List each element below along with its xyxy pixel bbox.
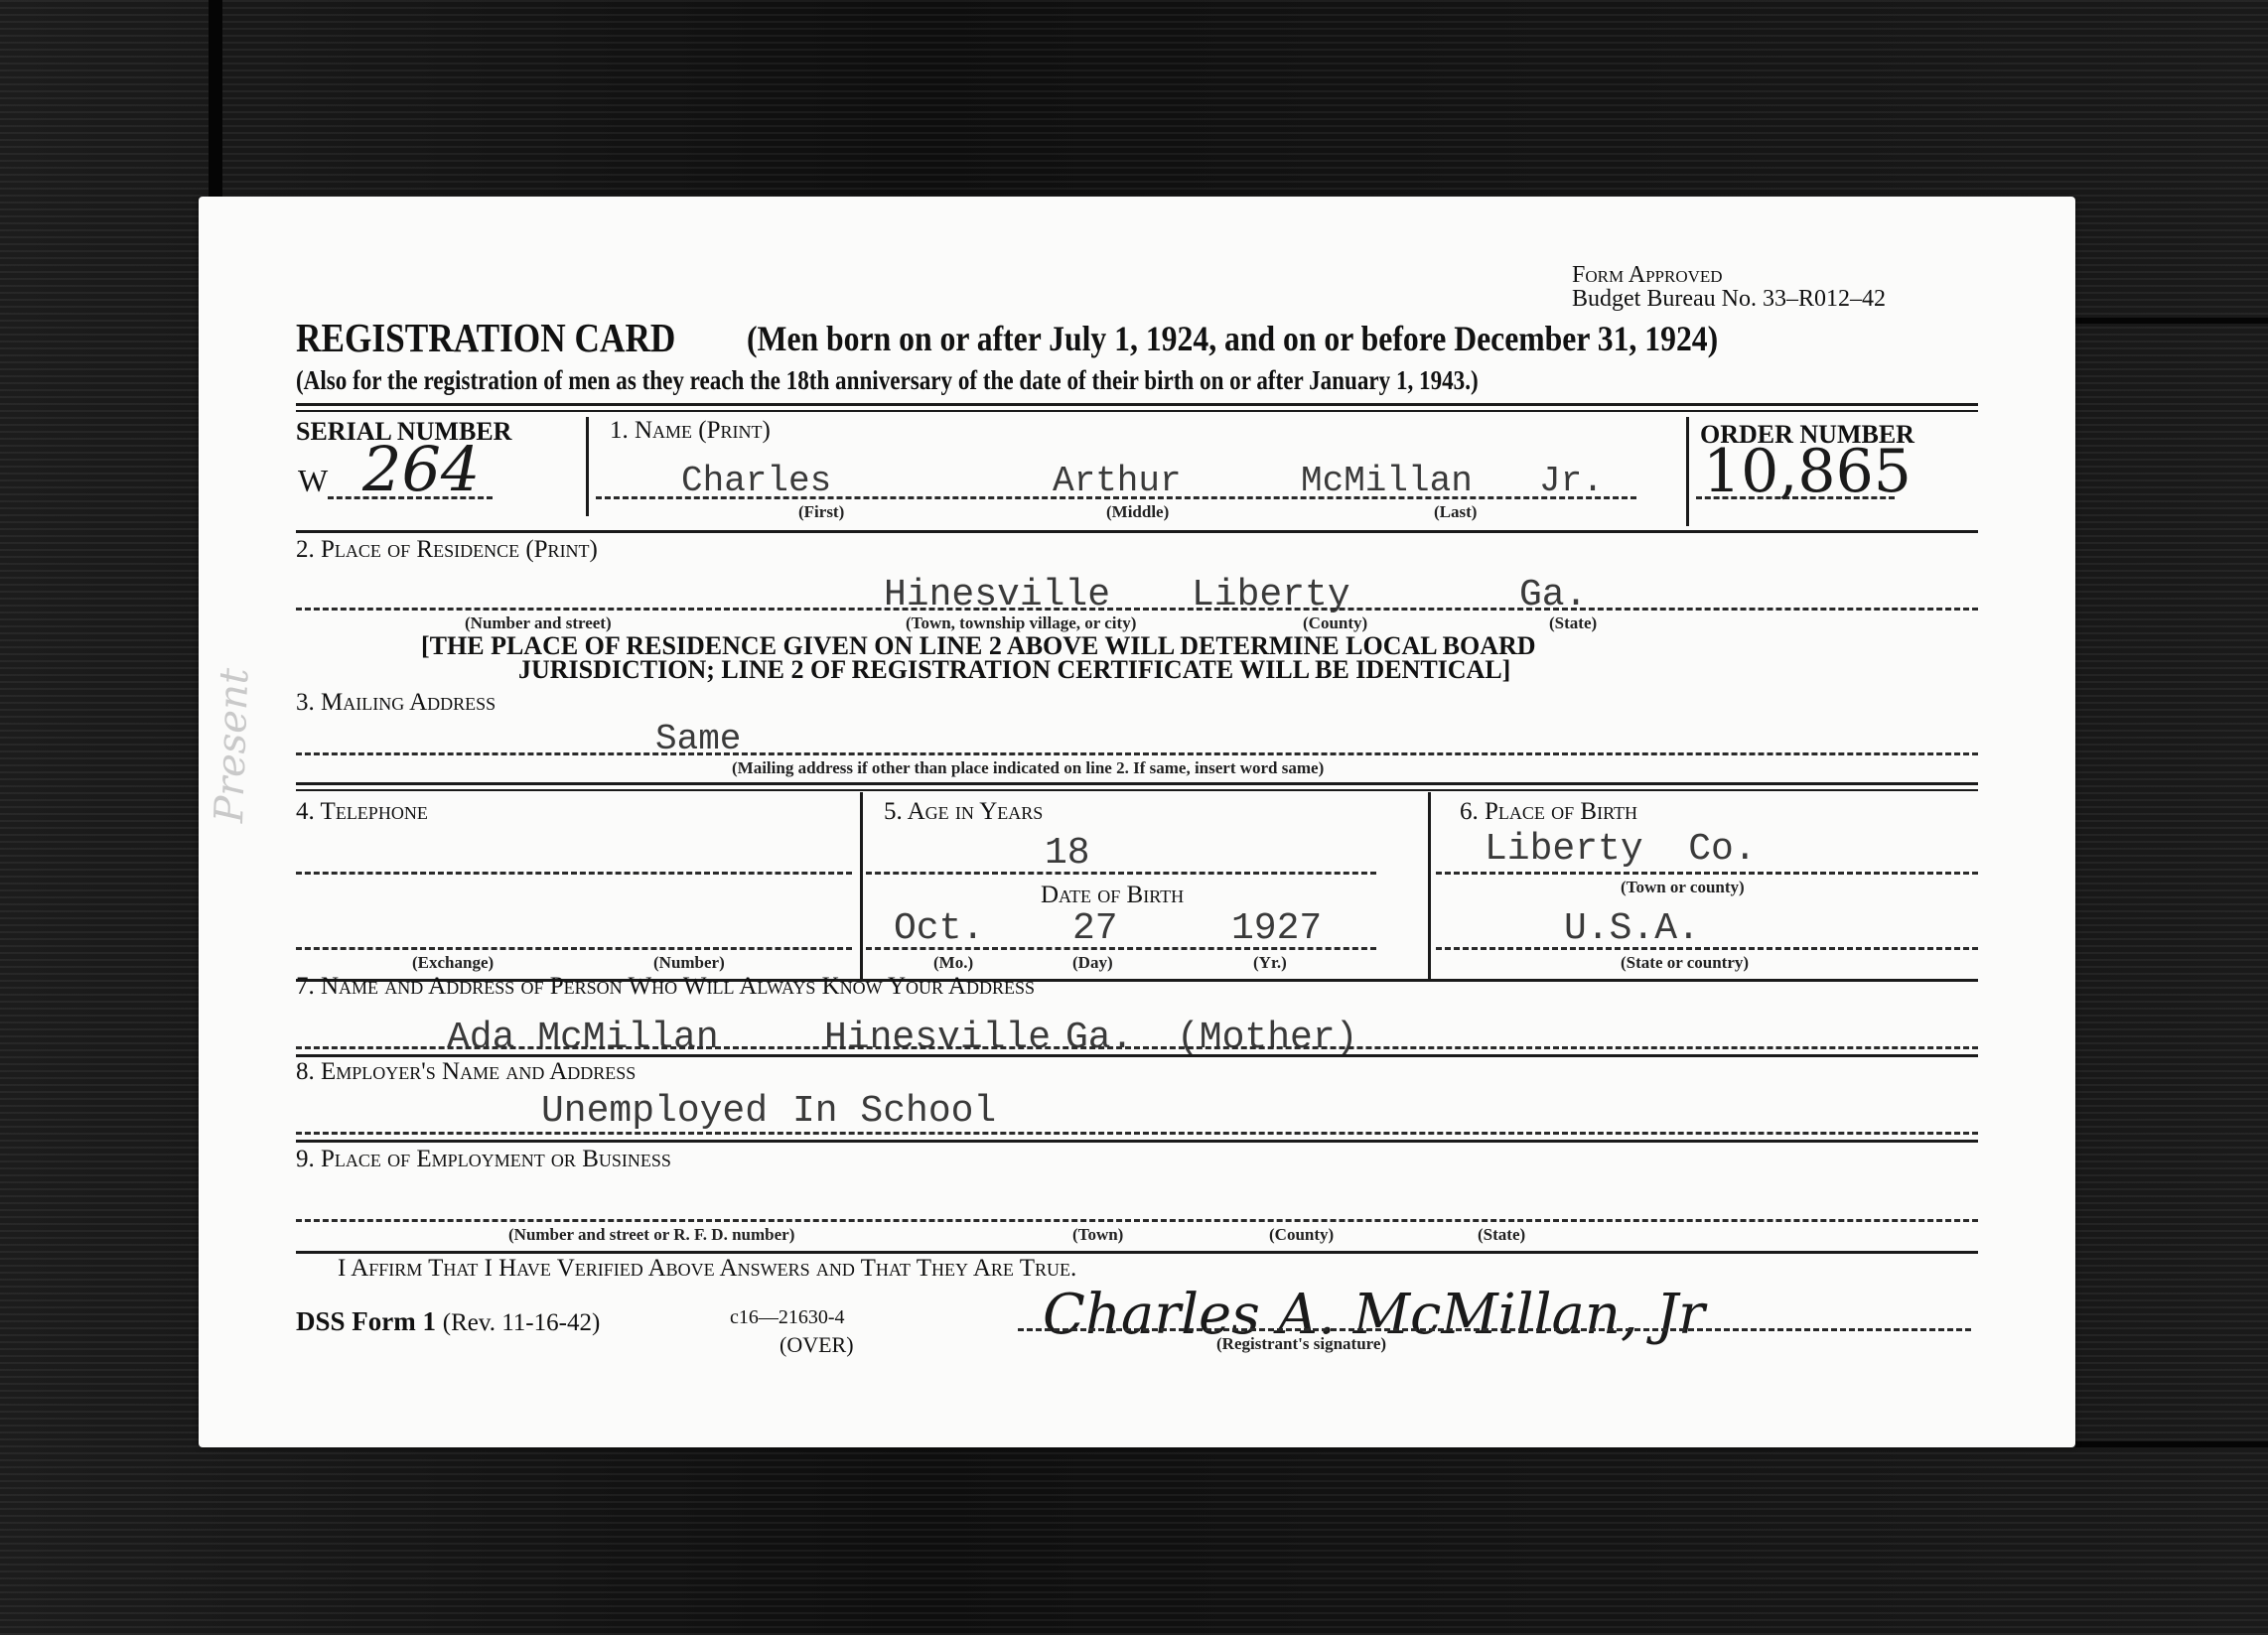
telephone-number-line [296, 947, 852, 950]
divider-vertical [860, 792, 863, 979]
caption-state-country: (State or country) [1621, 953, 1749, 973]
background-seam [2075, 318, 2268, 324]
header-subtitle: (Also for the registration of men as the… [296, 365, 1479, 396]
over-label: (OVER) [780, 1332, 854, 1358]
residence-line [296, 608, 1978, 611]
background-seam [209, 0, 222, 199]
caption-street-rfd: (Number and street or R. F. D. number) [508, 1225, 794, 1245]
dob-month[interactable]: Oct. [894, 907, 984, 950]
employer-line [296, 1132, 1978, 1135]
caption-exchange: (Exchange) [412, 953, 494, 973]
serial-number-value[interactable]: 264 [362, 433, 480, 505]
birthplace-country-line [1436, 947, 1978, 950]
divider [296, 530, 1978, 533]
mailing-line [296, 752, 1978, 755]
contact-person-name[interactable]: Ada McMillan [447, 1017, 719, 1059]
eligibility-text: (Men born on or after July 1, 1924, and … [747, 318, 1718, 359]
employer-label: 8. Employer's Name and Address [296, 1058, 636, 1086]
birthplace-town[interactable]: Liberty Co. [1485, 828, 1757, 871]
telephone-label: 4. Telephone [296, 798, 428, 826]
form-approved: Form Approved [1572, 262, 1723, 289]
registration-card: Form Approved Budget Bureau No. 33–R012–… [199, 197, 2075, 1447]
affirmation-text: I Affirm That I Have Verified Above Answ… [338, 1255, 1076, 1283]
divider [296, 789, 1978, 791]
age-value[interactable]: 18 [1045, 832, 1090, 875]
residence-label: 2. Place of Residence (Print) [296, 536, 598, 564]
divider [296, 1251, 1978, 1254]
jurisdiction-notice-2: JURISDICTION; LINE 2 OF REGISTRATION CER… [518, 655, 1510, 685]
age-line [866, 872, 1376, 875]
name-first[interactable]: Charles [681, 461, 831, 501]
employment-place-label: 9. Place of Employment or Business [296, 1146, 671, 1173]
telephone-exchange-line [296, 872, 852, 875]
caption-signature: (Registrant's signature) [1216, 1334, 1386, 1354]
caption-state: (State) [1549, 613, 1597, 633]
background-seam [2075, 1441, 2268, 1447]
caption-day: (Day) [1072, 953, 1113, 973]
caption-employment-state: (State) [1478, 1225, 1525, 1245]
contact-person-label: 7. Name and Address of Person Who Will A… [296, 973, 1035, 1001]
order-number-value[interactable]: 10,865 [1703, 437, 1912, 506]
caption-employment-town: (Town) [1072, 1225, 1123, 1245]
birthplace-label: 6. Place of Birth [1460, 798, 1637, 826]
birthplace-country[interactable]: U.S.A. [1564, 907, 1700, 950]
caption-town: (Town, township village, or city) [906, 613, 1136, 633]
contact-person-state[interactable]: Ga. [1065, 1017, 1133, 1059]
caption-county: (County) [1303, 613, 1367, 633]
divider [296, 782, 1978, 785]
divider [296, 1140, 1978, 1143]
name-suffix[interactable]: Jr. [1539, 461, 1604, 501]
age-label: 5. Age in Years [884, 798, 1043, 826]
divider [296, 1054, 1978, 1057]
serial-prefix: W [298, 463, 328, 499]
name-middle[interactable]: Arthur [1053, 461, 1182, 501]
form-id: DSS Form 1 (Rev. 11-16-42) [296, 1306, 600, 1337]
form-revision: (Rev. 11-16-42) [443, 1309, 601, 1336]
print-code: c16—21630-4 [730, 1306, 845, 1329]
dob-year[interactable]: 1927 [1231, 907, 1322, 950]
signature-line [1018, 1328, 1971, 1331]
caption-street: (Number and street) [465, 613, 612, 633]
caption-last: (Last) [1434, 502, 1477, 522]
divider-vertical [1428, 792, 1431, 979]
caption-number: (Number) [653, 953, 725, 973]
contact-person-relation[interactable]: (Mother) [1177, 1017, 1357, 1059]
budget-bureau-number: Budget Bureau No. 33–R012–42 [1572, 286, 1886, 313]
form-number: DSS Form 1 [296, 1306, 436, 1336]
caption-year: (Yr.) [1253, 953, 1287, 973]
divider-vertical [1686, 417, 1689, 526]
contact-person-line [296, 1046, 1978, 1049]
dob-line [866, 947, 1376, 950]
employer-note[interactable]: In School [792, 1090, 996, 1133]
divider [296, 410, 1978, 412]
caption-month: (Mo.) [933, 953, 973, 973]
caption-mailing: (Mailing address if other than place ind… [732, 758, 1324, 778]
mailing-label: 3. Mailing Address [296, 689, 496, 717]
dob-day[interactable]: 27 [1072, 907, 1118, 950]
divider-vertical [586, 417, 589, 516]
birthplace-town-line [1436, 872, 1978, 875]
dob-label: Date of Birth [1041, 882, 1184, 909]
caption-employment-county: (County) [1269, 1225, 1334, 1245]
caption-town-county: (Town or county) [1621, 878, 1745, 897]
margin-annotation: Present [207, 667, 257, 823]
contact-person-town[interactable]: Hinesville [824, 1017, 1051, 1059]
employer-name[interactable]: Unemployed [541, 1090, 768, 1133]
divider [296, 403, 1978, 406]
card-title: REGISTRATION CARD [296, 314, 675, 361]
caption-middle: (Middle) [1106, 502, 1169, 522]
caption-first: (First) [798, 502, 844, 522]
name-label: 1. Name (Print) [610, 417, 771, 445]
employment-place-line [296, 1219, 1978, 1222]
name-last[interactable]: McMillan [1301, 461, 1473, 501]
